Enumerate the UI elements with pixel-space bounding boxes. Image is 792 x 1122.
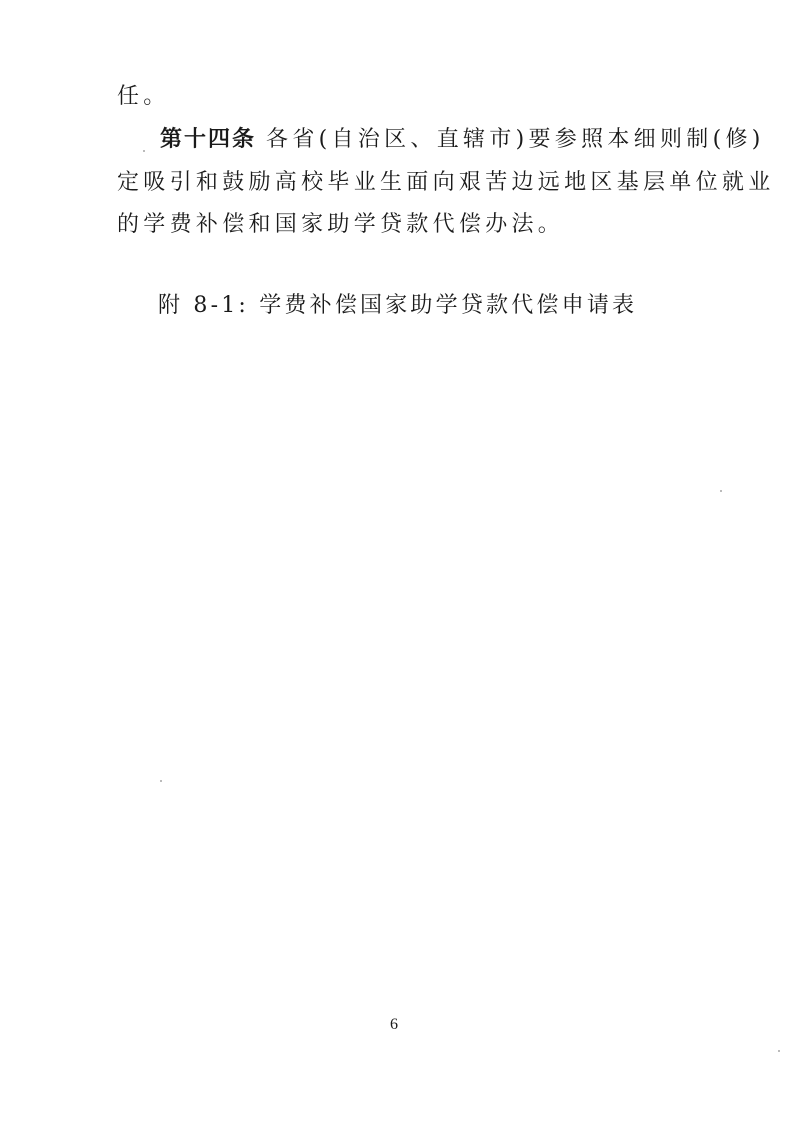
article-14: 第十四条各省(自治区、直辖市)要参照本细则制(修) [160,126,765,154]
paragraph-line: 的学费补偿和国家助学贷款代偿办法。 [117,211,564,239]
page-number: 6 [390,1016,398,1034]
paragraph-text: 定吸引和鼓励高校毕业生面向艰苦边远地区基层单位就业 [117,170,775,195]
paragraph-continuation: 任。 [117,83,170,111]
paragraph-text: 任。 [117,84,170,109]
scan-speck [143,150,145,152]
scan-speck [778,1050,780,1052]
attachment-reference: 附 8-1: 学费补偿国家助学贷款代偿申请表 [158,292,637,320]
paragraph-text: 的学费补偿和国家助学贷款代偿办法。 [117,212,564,237]
attachment-text: 附 8-1: 学费补偿国家助学贷款代偿申请表 [158,293,637,318]
paragraph-line: 定吸引和鼓励高校毕业生面向艰苦边远地区基层单位就业 [117,169,775,197]
article-heading: 第十四条 [160,127,256,152]
paragraph-text: 各省(自治区、直辖市)要参照本细则制(修) [266,127,765,152]
scan-speck [720,490,722,492]
scan-speck [160,780,162,782]
